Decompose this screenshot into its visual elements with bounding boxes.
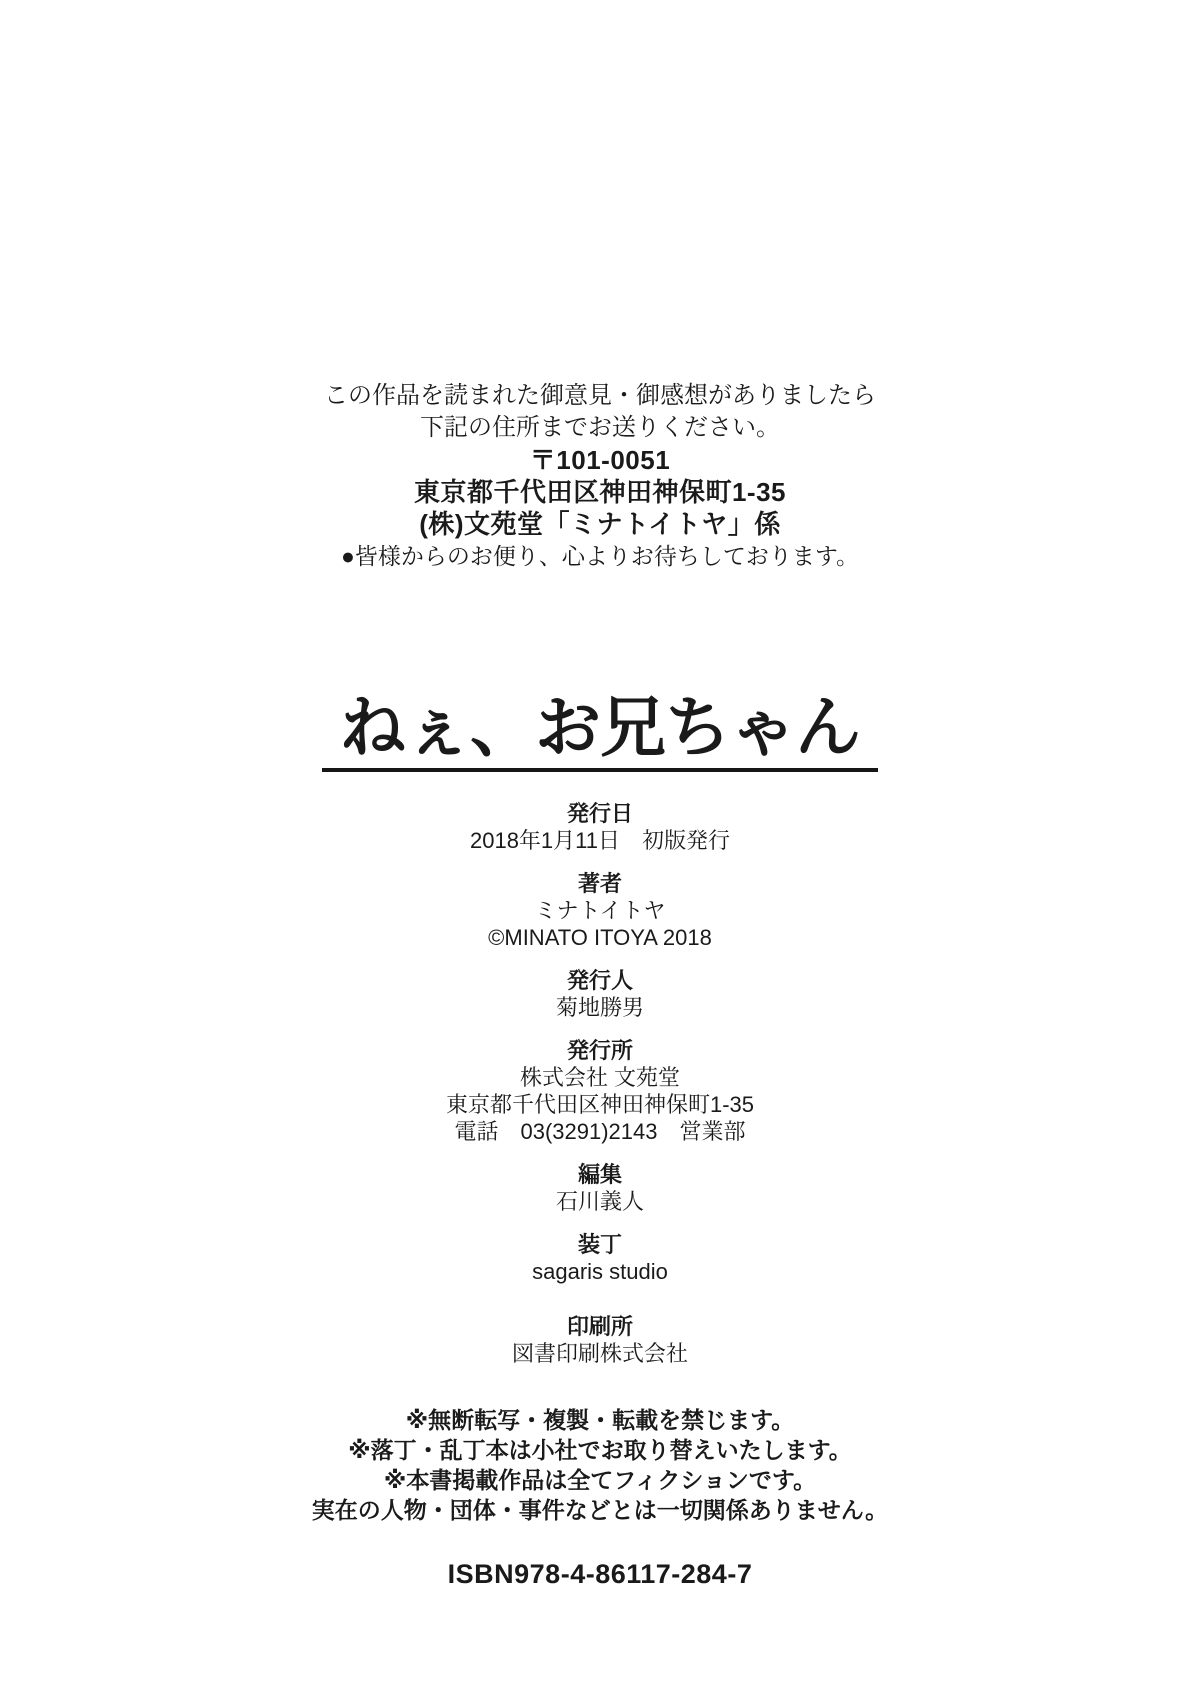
colophon-section-printer: 印刷所 図書印刷株式会社: [0, 1313, 1200, 1367]
colophon-value: 株式会社 文苑堂: [0, 1064, 1200, 1091]
notice-fiction: ※本書掲載作品は全てフィクションです。: [0, 1465, 1200, 1495]
colophon-value: sagaris studio: [0, 1258, 1200, 1285]
colophon-page: この作品を読まれた御意見・御感想がありましたら 下記の住所までお送りください。 …: [0, 0, 1200, 1701]
postal-code: 〒101-0051: [0, 444, 1200, 476]
legal-notices: ※無断転写・複製・転載を禁じます。 ※落丁・乱丁本は小社でお取り替えいたします。…: [0, 1405, 1200, 1525]
colophon-section-publisher-person: 発行人 菊地勝男: [0, 967, 1200, 1021]
colophon-section-design: 装丁 sagaris studio: [0, 1231, 1200, 1285]
colophon-label: 著者: [0, 870, 1200, 897]
notice-defective-copies: ※落丁・乱丁本は小社でお取り替えいたします。: [0, 1435, 1200, 1465]
book-title: ねぇ、お兄ちゃん: [322, 694, 878, 772]
colophon-label: 装丁: [0, 1231, 1200, 1258]
notice-fiction-detail: 実在の人物・団体・事件などとは一切関係ありません。: [0, 1495, 1200, 1525]
colophon-value: 2018年1月11日 初版発行: [0, 827, 1200, 854]
colophon-value: 石川義人: [0, 1188, 1200, 1215]
colophon-value: 図書印刷株式会社: [0, 1340, 1200, 1367]
copyright-line: ©MINATO ITOYA 2018: [0, 924, 1200, 951]
colophon-value: ミナトイトヤ: [0, 897, 1200, 924]
colophon-value: 菊地勝男: [0, 994, 1200, 1021]
colophon: 発行日 2018年1月11日 初版発行 著者 ミナトイトヤ ©MINATO IT…: [0, 800, 1200, 1367]
feedback-line-2: 下記の住所までお送りください。: [0, 412, 1200, 444]
colophon-label: 編集: [0, 1161, 1200, 1188]
publisher-phone: 電話 03(3291)2143 営業部: [0, 1118, 1200, 1145]
reader-feedback-block: この作品を読まれた御意見・御感想がありましたら 下記の住所までお送りください。 …: [0, 380, 1200, 572]
colophon-section-editor: 編集 石川義人: [0, 1161, 1200, 1215]
colophon-label: 発行人: [0, 967, 1200, 994]
feedback-note: ●皆様からのお便り、心よりお待ちしております。: [0, 540, 1200, 572]
feedback-line-1: この作品を読まれた御意見・御感想がありましたら: [0, 380, 1200, 412]
mail-recipient: (株)文苑堂「ミナトイトヤ」係: [0, 508, 1200, 540]
colophon-label: 発行日: [0, 800, 1200, 827]
colophon-label: 印刷所: [0, 1313, 1200, 1340]
colophon-label: 発行所: [0, 1037, 1200, 1064]
publisher-street-address: 東京都千代田区神田神保町1-35: [0, 1091, 1200, 1118]
colophon-section-author: 著者 ミナトイトヤ ©MINATO ITOYA 2018: [0, 870, 1200, 951]
title-block: ねぇ、お兄ちゃん: [0, 694, 1200, 772]
colophon-section-publication-date: 発行日 2018年1月11日 初版発行: [0, 800, 1200, 854]
colophon-section-publisher-company: 発行所 株式会社 文苑堂 東京都千代田区神田神保町1-35 電話 03(3291…: [0, 1037, 1200, 1145]
isbn: ISBN978-4-86117-284-7: [0, 1557, 1200, 1591]
publisher-address: 東京都千代田区神田神保町1-35: [0, 476, 1200, 508]
notice-no-reproduction: ※無断転写・複製・転載を禁じます。: [0, 1405, 1200, 1435]
